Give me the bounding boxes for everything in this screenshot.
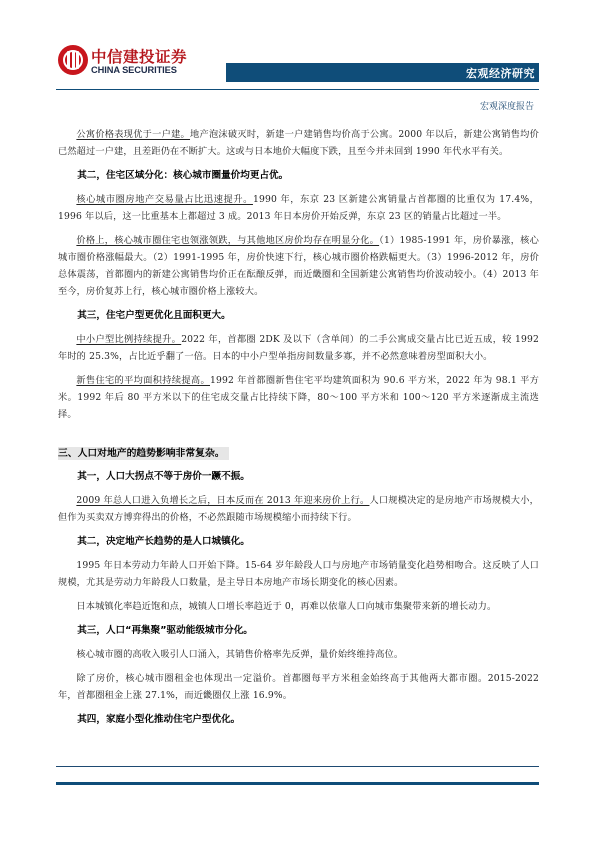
key-point: 2009 年总人口进入负增长之后，日本反而在 2013 年迎来房价上行。 <box>76 495 369 506</box>
paragraph: 核心城市圈的高收入吸引人口涌入，其销售价格率先反弹，量价始终维持高位。 <box>58 646 539 663</box>
category-banner: 宏观经济研究 <box>226 63 539 82</box>
key-point: 新售住宅的平均面积持续提高。 <box>76 375 210 386</box>
report-type-label: 宏观深度报告 <box>480 99 534 112</box>
page-header: 中信建投证券 CHINA SECURITIES 宏观经济研究 宏观深度报告 <box>0 0 595 100</box>
header-divider <box>56 89 539 90</box>
company-logo: 中信建投证券 CHINA SECURITIES <box>58 45 193 79</box>
paragraph: 公寓价格表现优于一户建。地产泡沫破灭时，新建一户建销售均价高于公寓。2000 年… <box>58 126 539 160</box>
subheading: 其二，住宅区域分化：核心城市圈量价均更占优。 <box>58 167 539 184</box>
paragraph: 1995 年日本劳动力年龄人口开始下降。15-64 岁年龄段人口与房地产市场销量… <box>58 557 539 591</box>
citic-logo-icon <box>58 45 88 75</box>
paragraph: 除了房价，核心城市圈租金也体现出一定溢价。首都圈每平方米租金始终高于其他两大都市… <box>58 670 539 704</box>
footer-bar <box>56 782 539 785</box>
paragraph: 2009 年总人口进入负增长之后，日本反而在 2013 年迎来房价上行。人口规模… <box>58 492 539 526</box>
subheading: 其三，人口“再集聚”驱动能级城市分化。 <box>58 622 539 639</box>
key-point: 价格上，核心城市圈住宅也领涨领跌，与其他地区房价均存在明显分化。 <box>76 235 379 246</box>
paragraph: 价格上，核心城市圈住宅也领涨领跌，与其他地区房价均存在明显分化。（1）1985-… <box>58 232 539 300</box>
paragraph: 日本城镇化率趋近饱和点，城镇人口增长率趋近于 0，再难以依靠人口向城市集聚带来新… <box>58 598 539 615</box>
subheading: 其三，住宅户型更优化且面积更大。 <box>58 307 539 324</box>
subheading: 其四，家庭小型化推动住宅户型优化。 <box>58 711 539 728</box>
logo-english-name: CHINA SECURITIES <box>91 65 177 75</box>
document-body: 公寓价格表现优于一户建。地产泡沫破灭时，新建一户建销售均价高于公寓。2000 年… <box>58 126 539 735</box>
key-point: 核心城市圈房地产交易量占比迅速提升。 <box>76 194 253 205</box>
paragraph: 新售住宅的平均面积持续提高。1992 年首都圈新售住宅平均建筑面积为 90.6 … <box>58 372 539 423</box>
logo-chinese-name: 中信建投证券 <box>91 45 187 67</box>
banner-label: 宏观经济研究 <box>466 65 535 81</box>
key-point: 公寓价格表现优于一户建。 <box>76 129 190 140</box>
key-point: 中小户型比例持续提升。 <box>76 334 181 345</box>
paragraph: 中小户型比例持续提升。2022 年，首都圈 2DK 及以下（含单间）的二手公寓成… <box>58 331 539 365</box>
footer-divider <box>56 766 539 767</box>
subheading: 其二，决定地产长趋势的是人口城镇化。 <box>58 533 539 550</box>
subheading: 其一，人口大拐点不等于房价一蹶不振。 <box>58 468 539 485</box>
paragraph: 核心城市圈房地产交易量占比迅速提升。1990 年，东京 23 区新建公寓销量占首… <box>58 191 539 225</box>
section-heading: 三、人口对地产的趋势影响非常复杂。 <box>58 445 539 462</box>
